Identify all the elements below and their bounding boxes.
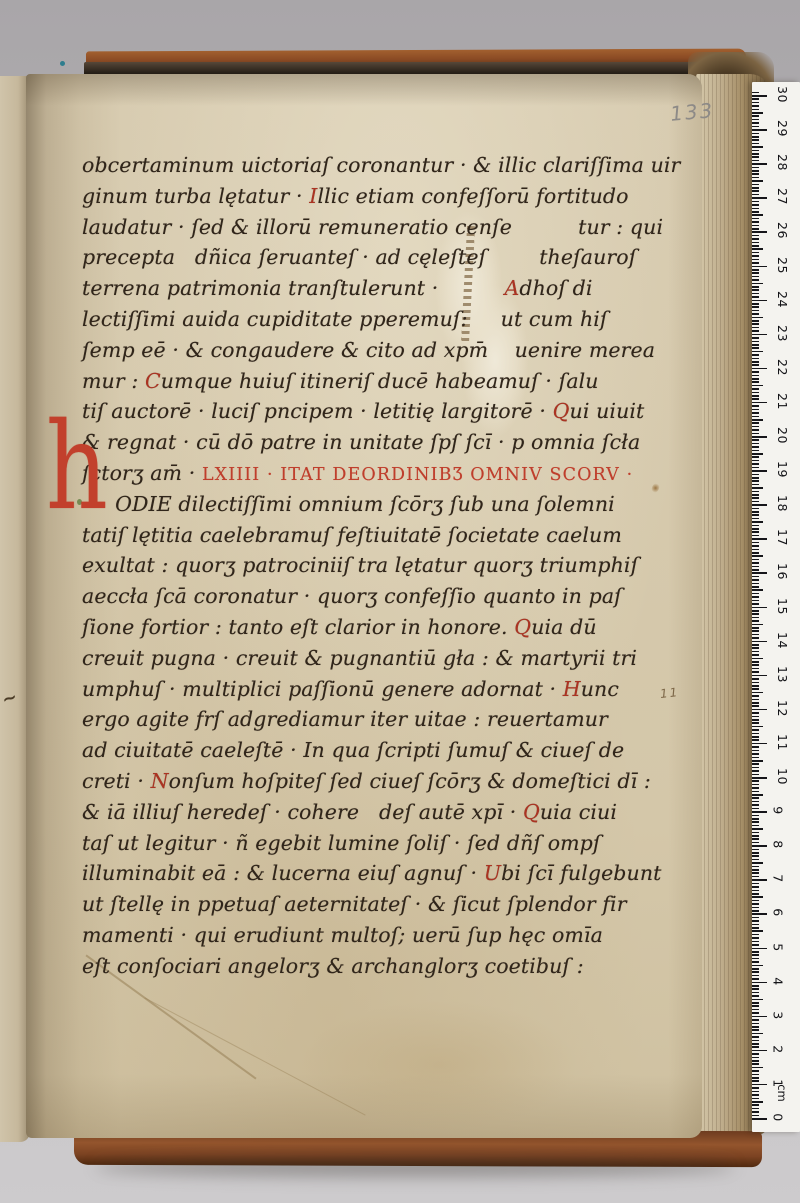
- manuscript-line: exultat : quorʒ patrociniiſ tra lętatur …: [82, 550, 682, 581]
- ruler-tick: [752, 177, 759, 179]
- ruler-tick: [752, 491, 759, 493]
- ruler-tick: [752, 1063, 759, 1065]
- ruler-tick: [752, 883, 759, 885]
- ruler-tick: [752, 709, 767, 711]
- ruler-tick: [752, 398, 759, 400]
- text-segment: ut ſtellę in ppetuaſ aeternitateſ · & ſi…: [82, 892, 627, 916]
- text-segment: dhoſ di: [519, 276, 592, 300]
- ruler-tick: [752, 180, 763, 182]
- book-shadow: [95, 1158, 735, 1176]
- manuscript-line: ut ſtellę in ppetuaſ aeternitateſ · & ſi…: [82, 889, 682, 920]
- ruler-tick: [752, 95, 767, 97]
- ruler-number: 11: [775, 734, 790, 751]
- ruler-tick: [752, 763, 759, 765]
- ruler-tick: [752, 266, 767, 268]
- ruler-tick: [752, 521, 763, 523]
- ruler-tick: [752, 692, 763, 694]
- ruler-tick: [752, 988, 759, 990]
- ruler-tick: [752, 712, 759, 714]
- ruler-number: 6: [771, 909, 786, 917]
- ruler-tick: [752, 767, 759, 769]
- ruler-tick: [752, 514, 759, 516]
- ruler-unit-label: cm: [775, 1084, 789, 1102]
- ruler-tick: [752, 1077, 759, 1079]
- ruler-tick: [752, 416, 759, 418]
- ruler-tick: [752, 757, 759, 759]
- ruler-tick: [752, 409, 759, 411]
- ruler-tick: [752, 197, 767, 199]
- ruler-tick: [752, 1091, 759, 1093]
- text-segment: umphuſ · multiplici paſſionū genere ador…: [82, 677, 563, 701]
- ruler-tick: [752, 433, 759, 435]
- ruler-number: 26: [775, 222, 790, 239]
- ruler-tick: [752, 862, 763, 864]
- ruler-tick: [752, 774, 759, 776]
- ruler-tick: [752, 501, 759, 503]
- manuscript-line: ſctorʒ am̄ · LXIIII · ITAT DEORDINIBƷ OM…: [82, 458, 682, 489]
- manuscript-line: aeccła ſcā coronatur · quorʒ confeſſio q…: [82, 581, 682, 612]
- ruler-tick: [752, 201, 759, 203]
- ruler-tick: [752, 753, 759, 755]
- ruler-tick: [752, 978, 759, 980]
- ruler-tick: [752, 777, 767, 779]
- ruler-tick: [752, 306, 759, 308]
- ruler-tick: [752, 705, 759, 707]
- ruler-tick: [752, 535, 759, 537]
- manuscript-line: tiſ auctorē · luciſ pncipem · letitię la…: [82, 396, 682, 427]
- text-segment: ui uiuit: [570, 399, 645, 423]
- ruler-tick: [752, 668, 759, 670]
- ruler-tick: [752, 879, 767, 881]
- ruler-number: 3: [771, 1011, 786, 1019]
- margin-note: 11: [659, 685, 680, 701]
- ruler-tick: [752, 808, 759, 810]
- ruler-tick: [752, 733, 759, 735]
- ruler-tick: [752, 170, 759, 172]
- ruler-tick: [752, 1040, 759, 1042]
- ruler-number: 5: [771, 943, 786, 951]
- text-segment: tatiſ lętitia caelebramuſ feſtiuitatē ſo…: [82, 523, 622, 547]
- ruler-tick: [752, 1009, 759, 1011]
- rubricated-initial: Q: [514, 615, 531, 639]
- ruler-tick: [752, 252, 759, 254]
- ruler-tick: [752, 961, 759, 963]
- ruler-tick: [752, 347, 759, 349]
- ruler-tick: [752, 303, 759, 305]
- ruler-tick: [752, 279, 759, 281]
- ruler-tick: [752, 719, 759, 721]
- ruler-tick: [752, 1087, 759, 1089]
- ruler-tick: [752, 671, 759, 673]
- ruler-tick: [752, 310, 759, 312]
- ruler-tick: [752, 907, 759, 909]
- ruler-tick: [752, 477, 759, 479]
- text-segment: unc: [581, 677, 619, 701]
- text-segment: ad ciuitatē caeleſtē · In qua ſcripti ſu…: [82, 738, 624, 762]
- ruler-tick: [752, 211, 759, 213]
- ruler-tick: [752, 405, 759, 407]
- ruler-number: 20: [775, 427, 790, 444]
- text-segment: aeccła ſcā coronatur · quorʒ confeſſio q…: [82, 584, 622, 608]
- ruler-tick: [752, 965, 763, 967]
- ruler-number: 24: [775, 291, 790, 308]
- ruler-tick: [752, 1023, 759, 1025]
- ruler-tick: [752, 658, 763, 660]
- ruler-tick: [752, 1002, 759, 1004]
- ruler-tick: [752, 136, 759, 138]
- ruler-tick: [752, 828, 763, 830]
- rubricated-initial: C: [145, 369, 161, 393]
- ruler-number: 2: [771, 1045, 786, 1053]
- ruler-tick: [752, 419, 763, 421]
- manuscript-line: ginum turba lętatur · Illic etiam confeſ…: [82, 181, 682, 212]
- ruler-tick: [752, 555, 763, 557]
- ruler-tick: [752, 682, 759, 684]
- ruler-tick: [752, 743, 767, 745]
- manuscript-line: illuminabit eā : & lucerna eiuſ agnuſ · …: [82, 858, 682, 889]
- ruler-tick: [752, 388, 759, 390]
- folio-number: 133: [669, 98, 715, 126]
- ruler-tick: [752, 238, 759, 240]
- ruler-tick: [752, 98, 759, 100]
- ruler-tick: [752, 838, 759, 840]
- ruler-tick: [752, 975, 759, 977]
- ruler-tick: [752, 173, 759, 175]
- ruler-tick: [752, 456, 759, 458]
- ruler-tick: [752, 1080, 759, 1082]
- ruler-tick: [752, 470, 767, 472]
- ruler-tick: [752, 484, 759, 486]
- ruler-tick: [752, 927, 759, 929]
- ruler-tick: [752, 1067, 763, 1069]
- ruler-tick: [752, 787, 759, 789]
- ruler-tick: [752, 1108, 759, 1110]
- ruler-tick: [752, 579, 759, 581]
- manuscript-line: tatiſ lętitia caelebramuſ feſtiuitatē ſo…: [82, 520, 682, 551]
- rubricated-initial: U: [484, 861, 501, 885]
- text-segment: tiſ auctorē · luciſ pncipem · letitię la…: [82, 399, 553, 423]
- ruler-tick: [752, 1046, 759, 1048]
- ruler-tick: [752, 1104, 759, 1106]
- ruler-tick: [752, 832, 759, 834]
- text-segment: laudatur · ſed & illorū remuneratio cenſ…: [82, 215, 663, 239]
- ruler-tick: [752, 835, 759, 837]
- ruler-tick: [752, 538, 767, 540]
- ruler-tick: [752, 869, 759, 871]
- ruler-tick: [752, 695, 759, 697]
- ruler-tick: [752, 992, 759, 994]
- ruler-tick: [752, 910, 759, 912]
- ruler-tick: [752, 153, 759, 155]
- ruler-tick: [752, 770, 759, 772]
- manuscript-line: ſemp eē · & congaudere & cito ad xpm̄ ue…: [82, 335, 682, 366]
- ruler-tick: [752, 1029, 759, 1031]
- ruler-tick: [752, 576, 759, 578]
- ruler-tick: [752, 886, 759, 888]
- text-segment: ergo agite frſ adgrediamur iter uitae : …: [82, 707, 608, 731]
- ruler-tick: [752, 511, 759, 513]
- ruler-tick: [752, 1111, 759, 1113]
- ruler-tick: [752, 825, 759, 827]
- ruler-tick: [752, 330, 759, 332]
- text-segment: onſum hoſpiteſ ſed ciueſ ſcōrʒ & domeſti…: [169, 769, 651, 793]
- ruler-tick: [752, 531, 759, 533]
- ruler-tick: [752, 596, 759, 598]
- ruler-tick: [752, 341, 759, 343]
- ruler-tick: [752, 429, 759, 431]
- ruler-tick: [752, 917, 759, 919]
- ruler-tick: [752, 729, 759, 731]
- ruler-tick: [752, 508, 759, 510]
- rubric-text: LXIIII · ITAT DEORDINIBƷ OMNIV SCORV ·: [202, 465, 633, 485]
- ruler-tick: [752, 552, 759, 554]
- ruler-tick: [752, 903, 759, 905]
- ruler-tick: [752, 630, 759, 632]
- ruler-tick: [752, 187, 759, 189]
- ruler-tick: [752, 1101, 763, 1103]
- text-segment: illuminabit eā : & lucerna eiuſ agnuſ ·: [82, 861, 484, 885]
- text-segment: & regnat · cū dō patre in unitate ſpſ ſc…: [82, 430, 640, 454]
- ruler-tick: [752, 968, 759, 970]
- ruler-tick: [752, 982, 767, 984]
- ruler-tick: [752, 801, 759, 803]
- ruler-tick: [752, 375, 759, 377]
- ruler-tick: [752, 586, 759, 588]
- ruler-tick: [752, 255, 759, 257]
- ruler-tick: [752, 951, 759, 953]
- ruler-tick: [752, 126, 759, 128]
- manuscript-line: ſione fortior : tanto eſt clarior in hon…: [82, 612, 682, 643]
- ruler-number: 21: [775, 393, 790, 410]
- ruler-tick: [752, 675, 767, 677]
- ruler-tick: [752, 1053, 759, 1055]
- text-segment: llic etiam confeſſorū fortitudo: [317, 184, 628, 208]
- ruler-tick: [752, 92, 759, 94]
- ruler-tick: [752, 446, 759, 448]
- ruler-tick: [752, 504, 767, 506]
- manuscript-line: ergo agite frſ adgrediamur iter uitae : …: [82, 704, 682, 735]
- ruler-tick: [752, 1043, 759, 1045]
- ruler-tick: [752, 797, 759, 799]
- rubricated-initial: A: [504, 276, 519, 300]
- ruler-number: 16: [775, 563, 790, 580]
- ruler-tick: [752, 344, 759, 346]
- ruler-tick: [752, 109, 759, 111]
- ruler-tick: [752, 381, 759, 383]
- manuscript-line: creti · Nonſum hoſpiteſ ſed ciueſ ſcōrʒ …: [82, 766, 682, 797]
- ruler-tick: [752, 214, 763, 216]
- ruler-tick: [752, 323, 759, 325]
- ruler-tick: [752, 815, 759, 817]
- ruler-number: 4: [771, 977, 786, 985]
- ruler-tick: [752, 999, 763, 1001]
- manuscript-line: creuit pugna · creuit & pugnantiū gła : …: [82, 643, 682, 674]
- ruler-tick: [752, 354, 759, 356]
- ruler-tick: [752, 1005, 759, 1007]
- ruler-tick: [752, 722, 759, 724]
- ruler-tick: [752, 269, 759, 271]
- ruler-tick: [752, 1070, 759, 1072]
- manuscript-line: laudatur · ſed & illorū remuneratio cenſ…: [82, 212, 682, 243]
- text-segment: ſione fortior : tanto eſt clarior in hon…: [82, 615, 514, 639]
- ruler-tick: [752, 1074, 759, 1076]
- ruler-tick: [752, 272, 759, 274]
- ruler-tick: [752, 245, 759, 247]
- ruler-tick: [752, 337, 759, 339]
- ruler-tick: [752, 948, 767, 950]
- ruler-tick: [752, 845, 767, 847]
- ruler-tick: [752, 283, 763, 285]
- ruler-tick: [752, 112, 763, 114]
- ruler-tick: [752, 746, 759, 748]
- ruler-tick: [752, 791, 759, 793]
- manuscript-line: & regnat · cū dō patre in unitate ſpſ ſc…: [82, 427, 682, 458]
- text-segment: uia ciui: [540, 800, 617, 824]
- ruler-tick: [752, 480, 759, 482]
- ruler-tick: [752, 242, 759, 244]
- ruler-tick: [752, 842, 759, 844]
- ruler-tick: [752, 1050, 767, 1052]
- text-segment: ginum turba lętatur ·: [82, 184, 309, 208]
- text-segment: precepta dñica ſeruanteſ · ad cęleſteſ t…: [82, 245, 636, 269]
- ruler-tick: [752, 876, 759, 878]
- ruler: 0123456789101112131415161718192021222324…: [752, 82, 800, 1132]
- ruler-tick: [752, 426, 759, 428]
- text-segment: & iā illiuſ heredeſ · cohere deſ autē xp…: [82, 800, 523, 824]
- ruler-tick: [752, 1012, 759, 1014]
- text-segment: uia dū: [531, 615, 596, 639]
- manuscript-line: mur : Cumque huiuſ itineriſ ducē habeamu…: [82, 366, 682, 397]
- ruler-tick: [752, 760, 763, 762]
- manuscript-line: taſ ut legitur · ñ egebit lumine ſoliſ ·…: [82, 828, 682, 859]
- ruler-tick: [752, 146, 763, 148]
- ruler-tick: [752, 750, 759, 752]
- ruler-tick: [752, 1019, 759, 1021]
- ruler-tick: [752, 392, 759, 394]
- ruler-number: 27: [775, 188, 790, 205]
- ruler-tick: [752, 736, 759, 738]
- ruler-tick: [752, 150, 759, 152]
- ruler-tick: [752, 852, 759, 854]
- ruler-tick: [752, 204, 759, 206]
- ruler-tick: [752, 562, 759, 564]
- rubricated-initial: H: [563, 677, 581, 701]
- ruler-tick: [752, 583, 759, 585]
- speck: [60, 61, 65, 66]
- ruler-tick: [752, 286, 759, 288]
- ruler-tick: [752, 637, 759, 639]
- ruler-tick: [752, 450, 759, 452]
- ruler-tick: [752, 1115, 759, 1117]
- ruler-tick: [752, 699, 759, 701]
- ruler-tick: [752, 641, 767, 643]
- ruler-tick: [752, 624, 763, 626]
- ruler-number: 23: [775, 325, 790, 342]
- rubricated-initial: N: [151, 769, 169, 793]
- ruler-tick: [752, 896, 763, 898]
- ruler-tick: [752, 702, 759, 704]
- ruler-tick: [752, 610, 759, 612]
- ruler-number: 25: [775, 257, 790, 274]
- ruler-tick: [752, 644, 759, 646]
- ruler-tick: [752, 855, 759, 857]
- ruler-tick: [752, 289, 759, 291]
- text-segment: obcertaminum uictoriaſ coronantur · & il…: [82, 153, 680, 177]
- ruler-tick: [752, 603, 759, 605]
- ruler-tick: [752, 184, 759, 186]
- ruler-tick: [752, 358, 759, 360]
- ruler-tick: [752, 607, 767, 609]
- ruler-tick: [752, 1118, 767, 1120]
- ruler-tick: [752, 412, 759, 414]
- ruler-tick: [752, 804, 759, 806]
- ruler-tick: [752, 368, 767, 370]
- ruler-tick: [752, 163, 767, 165]
- ruler-tick: [752, 422, 759, 424]
- ruler-tick: [752, 893, 759, 895]
- text-segment: lectiſſimi auida cupiditate pperemuſ: ut…: [82, 307, 608, 331]
- manuscript-line: eſt conſociari angelorʒ & archanglorʒ co…: [82, 951, 682, 982]
- ruler-tick: [752, 122, 759, 124]
- ruler-tick: [752, 572, 767, 574]
- ruler-tick: [752, 313, 759, 315]
- ruler-tick: [752, 688, 759, 690]
- ruler-tick: [752, 1033, 763, 1035]
- ruler-tick: [752, 436, 767, 438]
- ruler-tick: [752, 395, 759, 397]
- ruler-tick: [752, 1060, 759, 1062]
- ruler-tick: [752, 924, 759, 926]
- ruler-tick: [752, 102, 759, 104]
- ruler-number: 28: [775, 154, 790, 171]
- ruler-tick: [752, 589, 763, 591]
- ruler-tick: [752, 1026, 759, 1028]
- ruler-tick: [752, 1094, 759, 1096]
- ruler-number: 7: [771, 875, 786, 883]
- ruler-number: 19: [775, 461, 790, 478]
- ruler-tick: [752, 859, 759, 861]
- rubricated-initial: Q: [553, 399, 570, 423]
- ruler-tick: [752, 569, 759, 571]
- ruler-number: 22: [775, 359, 790, 376]
- manuscript-line: precepta dñica ſeruanteſ · ad cęleſteſ t…: [82, 242, 682, 273]
- manuscript-text: obcertaminum uictoriaſ coronantur · & il…: [82, 150, 682, 982]
- ruler-tick: [752, 866, 759, 868]
- ruler-tick: [752, 542, 759, 544]
- ruler-tick: [752, 276, 759, 278]
- ruler-tick: [752, 364, 759, 366]
- ruler-tick: [752, 231, 767, 233]
- ruler-tick: [752, 439, 759, 441]
- ruler-tick: [752, 351, 763, 353]
- ruler-tick: [752, 1036, 759, 1038]
- ruler-tick: [752, 1084, 767, 1086]
- ruler-tick: [752, 443, 759, 445]
- ruler-number: 29: [775, 120, 790, 137]
- ruler-tick: [752, 378, 759, 380]
- text-segment: exultat : quorʒ patrociniiſ tra lętatur …: [82, 553, 638, 577]
- ruler-tick: [752, 930, 763, 932]
- ruler-tick: [752, 300, 767, 302]
- ruler-tick: [752, 545, 759, 547]
- ruler-tick: [752, 944, 759, 946]
- ruler-tick: [752, 528, 759, 530]
- ruler-tick: [752, 105, 759, 107]
- text-segment: umque huiuſ itineriſ ducē habeamuſ · ſal…: [161, 369, 599, 393]
- ruler-tick: [752, 821, 759, 823]
- ruler-tick: [752, 133, 759, 135]
- ruler-tick: [752, 327, 759, 329]
